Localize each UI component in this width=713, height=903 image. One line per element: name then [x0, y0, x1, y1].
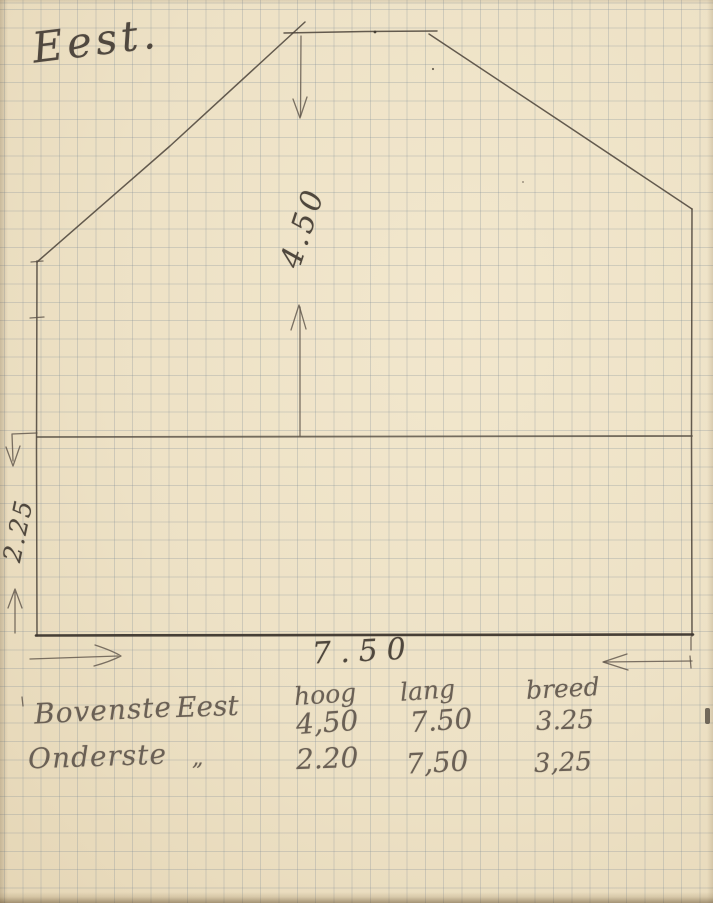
outline-right-wall — [692, 209, 693, 636]
table-row-1-object: Eest — [175, 689, 239, 724]
table-row-1-hoog-value: 4,50 — [295, 704, 359, 741]
dim-arrowhead-roof-up — [291, 305, 306, 330]
pencil-specks — [374, 31, 524, 183]
table-row-2-hoog-value: 2.20 — [295, 741, 358, 776]
table-row-2-breed-value: 3,25 — [533, 747, 592, 779]
dim-arrow-width-left — [604, 661, 692, 662]
kiln-outline — [36, 22, 693, 636]
dimension-label-width: 7.50 — [311, 631, 415, 671]
dim-arrow-width-right — [30, 656, 118, 659]
table-row-1-lang-value: 7.50 — [409, 702, 473, 739]
tick-before-label — [22, 697, 23, 706]
table-row-2-ditto-mark: „ — [192, 746, 203, 771]
table-header-lang: lang — [399, 674, 456, 707]
table-row-2-lang-value: 7,50 — [405, 744, 469, 780]
graph-paper-page: Eest. 4.50 2.25 7.50 hoog lang breed Bov… — [0, 0, 713, 903]
dimension-arrows — [6, 36, 692, 706]
table-header-breed: breed — [525, 672, 600, 705]
outline-top-ridge — [284, 31, 437, 33]
right-edge-pencil-mark — [705, 708, 710, 724]
outline-middle-line — [37, 436, 692, 437]
table-row-2-name: Onderste — [27, 738, 167, 776]
dim-arrow-roof-down — [301, 36, 302, 116]
tick-right-bottom — [690, 637, 691, 668]
outline-right-roof — [429, 34, 692, 209]
table-row-1-breed-value: 3.25 — [535, 705, 594, 737]
